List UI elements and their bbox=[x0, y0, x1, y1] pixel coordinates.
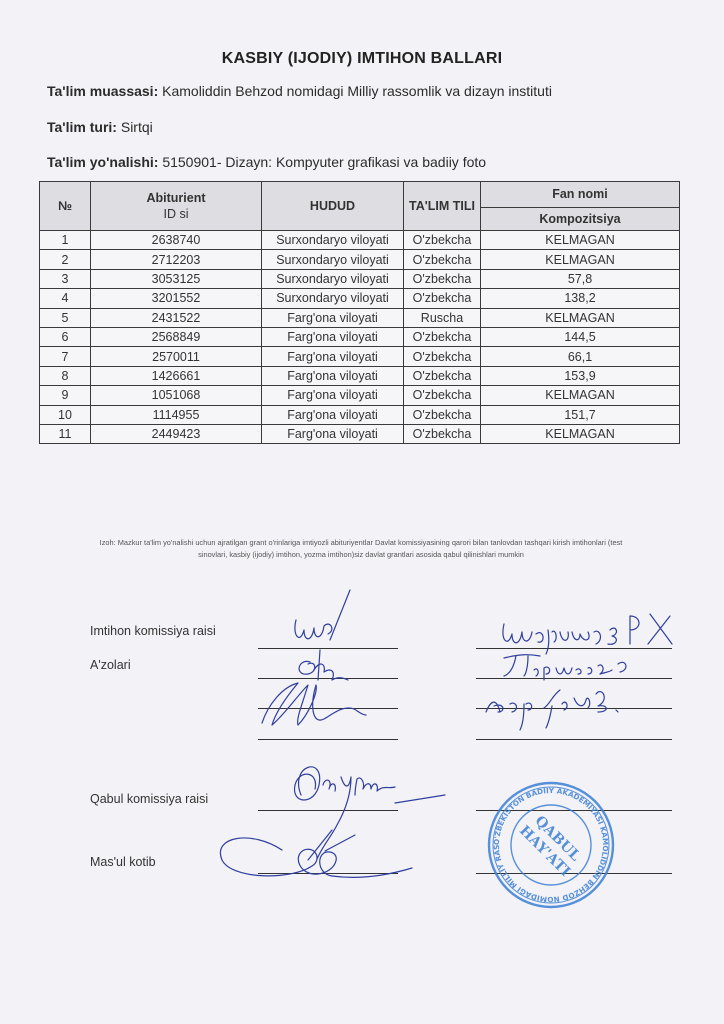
cell-number: 7 bbox=[40, 347, 91, 366]
cell-applicant-id: 1426661 bbox=[91, 366, 262, 385]
header-language: TA'LIM TILI bbox=[404, 182, 481, 231]
cell-applicant-id: 2638740 bbox=[91, 231, 262, 250]
header-applicant-id: Abiturient ID si bbox=[91, 182, 262, 231]
cell-language: Ruscha bbox=[404, 308, 481, 327]
table-row: 43201552Surxondaryo viloyatiO'zbekcha138… bbox=[40, 289, 680, 308]
direction-value: 5150901- Dizayn: Kompyuter grafikasi va … bbox=[162, 154, 486, 170]
table-row: 52431522Farg'ona viloyatiRuschaKELMAGAN bbox=[40, 308, 680, 327]
cell-language: O'zbekcha bbox=[404, 424, 481, 443]
signature-secretary bbox=[212, 810, 412, 890]
exam-commission-chair-label: Imtihon komissiya raisi bbox=[90, 624, 216, 638]
header-applicant-id-line1: Abiturient bbox=[91, 190, 261, 206]
cell-number: 5 bbox=[40, 308, 91, 327]
cell-applicant-id: 3053125 bbox=[91, 269, 262, 288]
cell-number: 9 bbox=[40, 386, 91, 405]
table-row: 112449423Farg'ona viloyatiO'zbekchaKELMA… bbox=[40, 424, 680, 443]
cell-score: 144,5 bbox=[481, 327, 680, 346]
signature-member-2 bbox=[258, 675, 368, 735]
cell-region: Surxondaryo viloyati bbox=[262, 231, 404, 250]
header-subject-group: Fan nomi bbox=[481, 182, 680, 208]
cell-language: O'zbekcha bbox=[404, 250, 481, 269]
members-label: A'zolari bbox=[90, 658, 131, 672]
table-row: 101114955Farg'ona viloyatiO'zbekcha151,7 bbox=[40, 405, 680, 424]
cell-score: 138,2 bbox=[481, 289, 680, 308]
table-row: 81426661Farg'ona viloyatiO'zbekcha153,9 bbox=[40, 366, 680, 385]
document-page: KASBIY (IJODIY) IMTIHON BALLARI Ta'lim m… bbox=[0, 0, 724, 1024]
cell-number: 1 bbox=[40, 231, 91, 250]
table-row: 22712203Surxondaryo viloyatiO'zbekchaKEL… bbox=[40, 250, 680, 269]
cell-applicant-id: 2431522 bbox=[91, 308, 262, 327]
institution-value: Kamoliddin Behzod nomidagi Milliy rassom… bbox=[162, 83, 552, 99]
cell-region: Surxondaryo viloyati bbox=[262, 269, 404, 288]
cell-region: Farg'ona viloyati bbox=[262, 386, 404, 405]
institution-line: Ta'lim muassasi: Kamoliddin Behzod nomid… bbox=[47, 83, 552, 99]
cell-region: Farg'ona viloyati bbox=[262, 347, 404, 366]
header-applicant-id-line2: ID si bbox=[91, 206, 261, 222]
study-type-label: Ta'lim turi: bbox=[47, 119, 117, 135]
cell-language: O'zbekcha bbox=[404, 366, 481, 385]
header-number: № bbox=[40, 182, 91, 231]
cell-region: Farg'ona viloyati bbox=[262, 327, 404, 346]
cell-number: 2 bbox=[40, 250, 91, 269]
cell-language: O'zbekcha bbox=[404, 269, 481, 288]
handwritten-name-3 bbox=[480, 682, 660, 722]
name-line bbox=[476, 739, 672, 740]
cell-language: O'zbekcha bbox=[404, 231, 481, 250]
table-row: 62568849Farg'ona viloyatiO'zbekcha144,5 bbox=[40, 327, 680, 346]
table-row: 91051068Farg'ona viloyatiO'zbekchaKELMAG… bbox=[40, 386, 680, 405]
cell-language: O'zbekcha bbox=[404, 386, 481, 405]
cell-score: 151,7 bbox=[481, 405, 680, 424]
scores-table-body: 12638740Surxondaryo viloyatiO'zbekchaKEL… bbox=[40, 231, 680, 444]
institution-label: Ta'lim muassasi: bbox=[47, 83, 158, 99]
signature-line bbox=[258, 739, 398, 740]
cell-applicant-id: 2712203 bbox=[91, 250, 262, 269]
cell-score: KELMAGAN bbox=[481, 250, 680, 269]
cell-region: Farg'ona viloyati bbox=[262, 405, 404, 424]
admission-commission-chair-label: Qabul komissiya raisi bbox=[90, 792, 208, 806]
handwritten-name-1 bbox=[500, 610, 680, 650]
cell-score: KELMAGAN bbox=[481, 231, 680, 250]
cell-score: KELMAGAN bbox=[481, 386, 680, 405]
cell-number: 4 bbox=[40, 289, 91, 308]
note: Izoh: Mazkur ta'lim yo'nalishi uchun ajr… bbox=[36, 537, 686, 561]
scores-table: № Abiturient ID si HUDUD TA'LIM TILI Fan… bbox=[39, 181, 680, 444]
note-line-1: Izoh: Mazkur ta'lim yo'nalishi uchun ajr… bbox=[36, 537, 686, 549]
header-subject: Kompozitsiya bbox=[481, 207, 680, 230]
cell-number: 8 bbox=[40, 366, 91, 385]
cell-applicant-id: 3201552 bbox=[91, 289, 262, 308]
cell-applicant-id: 2449423 bbox=[91, 424, 262, 443]
cell-language: O'zbekcha bbox=[404, 405, 481, 424]
official-stamp: O'ZBEKISTON BADIIY AKADEMIYASI KAMOLIDDI… bbox=[486, 780, 616, 910]
table-row: 12638740Surxondaryo viloyatiO'zbekchaKEL… bbox=[40, 231, 680, 250]
cell-region: Surxondaryo viloyati bbox=[262, 250, 404, 269]
signature-exam-chair bbox=[290, 590, 350, 650]
cell-number: 11 bbox=[40, 424, 91, 443]
cell-language: O'zbekcha bbox=[404, 347, 481, 366]
cell-language: O'zbekcha bbox=[404, 327, 481, 346]
study-type-line: Ta'lim turi: Sirtqi bbox=[47, 119, 153, 135]
direction-line: Ta'lim yo'nalishi: 5150901- Dizayn: Komp… bbox=[47, 154, 486, 170]
cell-number: 6 bbox=[40, 327, 91, 346]
header-region: HUDUD bbox=[262, 182, 404, 231]
cell-number: 10 bbox=[40, 405, 91, 424]
direction-label: Ta'lim yo'nalishi: bbox=[47, 154, 158, 170]
document-title: KASBIY (IJODIY) IMTIHON BALLARI bbox=[0, 50, 724, 68]
cell-applicant-id: 2568849 bbox=[91, 327, 262, 346]
note-line-2: sinovlari, kasbiy (ijodiy) imtihon, yozm… bbox=[36, 549, 686, 561]
cell-language: O'zbekcha bbox=[404, 289, 481, 308]
cell-score: KELMAGAN bbox=[481, 424, 680, 443]
cell-number: 3 bbox=[40, 269, 91, 288]
study-type-value: Sirtqi bbox=[121, 119, 153, 135]
cell-score: 66,1 bbox=[481, 347, 680, 366]
secretary-label: Mas'ul kotib bbox=[90, 855, 156, 869]
table-row: 33053125Surxondaryo viloyatiO'zbekcha57,… bbox=[40, 269, 680, 288]
cell-region: Farg'ona viloyati bbox=[262, 366, 404, 385]
cell-score: 153,9 bbox=[481, 366, 680, 385]
cell-applicant-id: 1114955 bbox=[91, 405, 262, 424]
cell-region: Farg'ona viloyati bbox=[262, 308, 404, 327]
table-row: 72570011Farg'ona viloyatiO'zbekcha66,1 bbox=[40, 347, 680, 366]
cell-region: Surxondaryo viloyati bbox=[262, 289, 404, 308]
cell-applicant-id: 2570011 bbox=[91, 347, 262, 366]
handwritten-name-2 bbox=[500, 652, 670, 680]
cell-region: Farg'ona viloyati bbox=[262, 424, 404, 443]
cell-score: 57,8 bbox=[481, 269, 680, 288]
cell-score: KELMAGAN bbox=[481, 308, 680, 327]
cell-applicant-id: 1051068 bbox=[91, 386, 262, 405]
